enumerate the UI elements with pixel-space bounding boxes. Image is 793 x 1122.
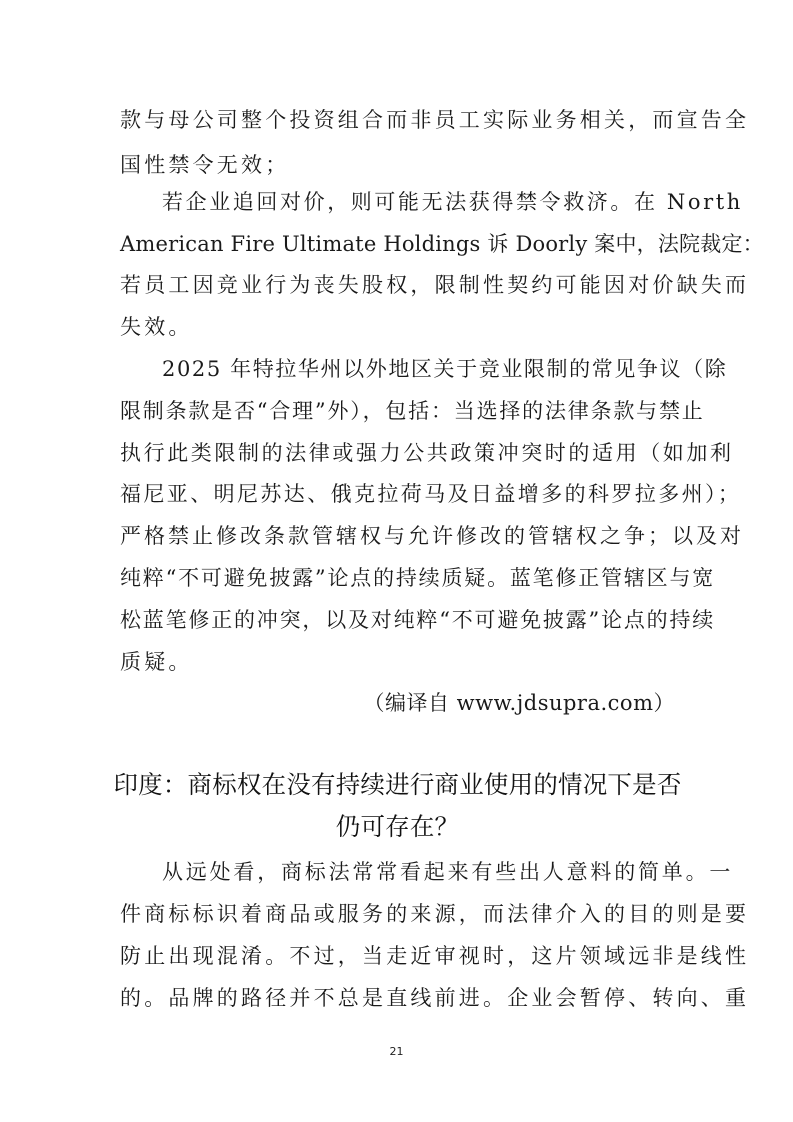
body-text-line: 执行此类限制的法律或强力公共政策冲突时的适用（如加利 [120,439,676,467]
body-text-line: 防止出现混淆。不过，当走近审视时，这片领域远非是线性 [120,942,676,970]
body-text-line: 若员工因竞业行为丧失股权，限制性契约可能因对价缺失而 [120,271,676,299]
body-text-line: 若企业追回对价，则可能无法获得禁令救济。在 North [162,188,676,216]
source-attribution: （编译自 www.jdsupra.com） [119,689,675,717]
body-text-line: 福尼亚、明尼苏达、俄克拉荷马及日益增多的科罗拉多州）； [120,480,676,508]
body-text-line: 严格禁止修改条款管辖权与允许修改的管辖权之争；以及对 [120,522,676,550]
body-text-line: 件商标标识着商品或服务的来源，而法律介入的目的则是要 [120,900,676,928]
page-number: 21 [0,1045,793,1058]
section-heading-line-2: 仍可存在？ [110,810,685,844]
body-text-line: 纯粹“不可避免披露”论点的持续质疑。蓝笔修正管辖区与宽 [120,564,676,592]
body-text-line: 限制条款是否“合理”外），包括：当选择的法律条款与禁止 [120,397,676,425]
body-text-line: American Fire Ultimate Holdings 诉 Doorly… [120,230,676,258]
body-text-line: 失效。 [120,313,676,341]
body-text-line: 国性禁令无效； [120,151,676,179]
body-text-line: 的。品牌的路径并不总是直线前进。企业会暂停、转向、重 [120,984,676,1012]
body-text-line: 松蓝笔修正的冲突，以及对纯粹“不可避免披露”论点的持续 [120,606,676,634]
body-text-line: 从远处看，商标法常常看起来有些出人意料的简单。一 [162,858,676,886]
body-text-line: 质疑。 [120,648,676,676]
body-text-line: 2025 年特拉华州以外地区关于竞业限制的常见争议（除 [162,355,676,383]
body-text-line: 款与母公司整个投资组合而非员工实际业务相关，而宣告全 [120,106,676,134]
document-page: 款与母公司整个投资组合而非员工实际业务相关，而宣告全 国性禁令无效； 若企业追回… [0,0,793,1122]
section-heading-line-1: 印度：商标权在没有持续进行商业使用的情况下是否 [110,768,685,802]
